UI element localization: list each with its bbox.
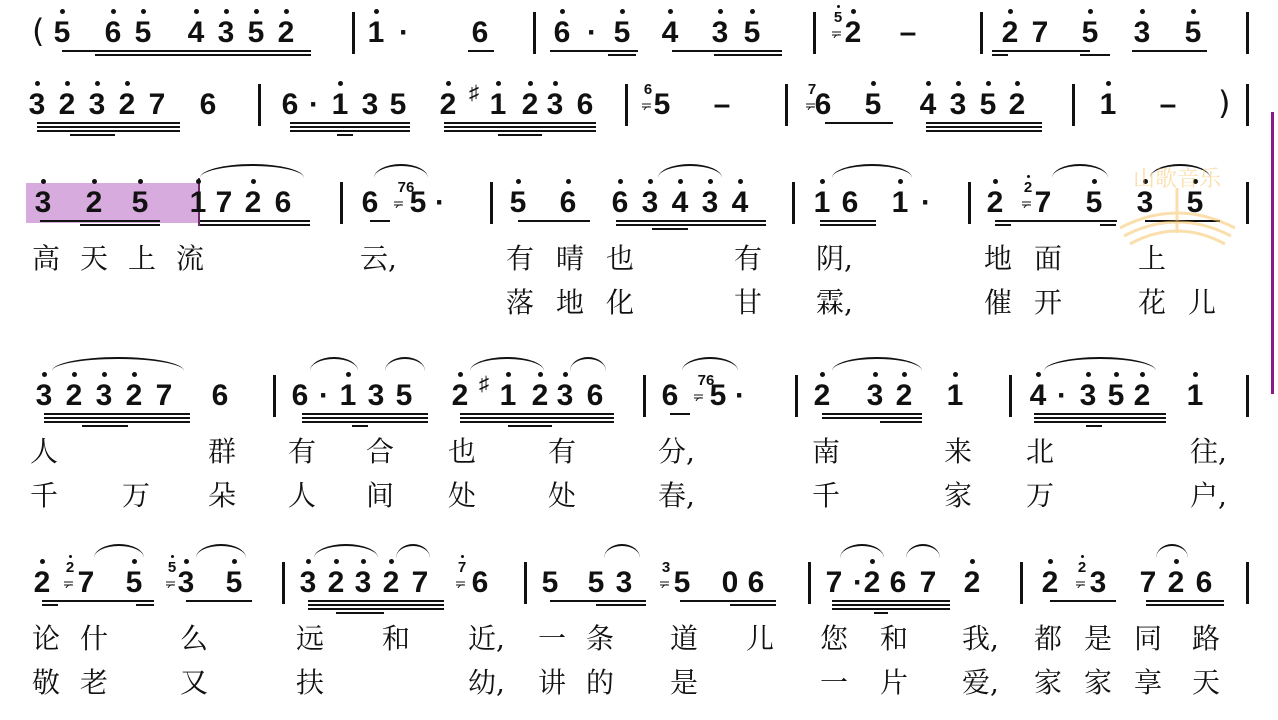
lyric-verse-2: 千 xyxy=(30,481,58,511)
beam-underline xyxy=(290,130,410,132)
octave-dot xyxy=(196,179,201,184)
bar-line xyxy=(808,562,811,604)
note: 4 xyxy=(1026,381,1050,411)
octave-dot xyxy=(232,559,237,564)
note: 1 xyxy=(328,90,352,120)
octave-dot xyxy=(871,81,876,86)
lyric-verse-2: 的 xyxy=(586,668,614,698)
grace-tie-icon xyxy=(1075,576,1085,584)
beam-underline xyxy=(44,421,190,423)
note: 5 xyxy=(244,18,268,48)
beam-underline xyxy=(290,126,410,128)
lyric-verse-1: 都 xyxy=(1034,624,1062,654)
lyric-verse-2: 扶 xyxy=(296,668,324,698)
lyric-verse-2: 是 xyxy=(670,668,698,698)
beam-underline xyxy=(370,220,390,222)
octave-dot xyxy=(566,179,571,184)
watermark-logo-icon: 山歌音乐 xyxy=(1110,158,1245,246)
svg-text:山歌音乐: 山歌音乐 xyxy=(1133,167,1222,192)
octave-dot xyxy=(40,559,45,564)
note: 6 xyxy=(468,18,492,48)
sustain-dash: – xyxy=(710,90,734,120)
octave-dot xyxy=(141,9,146,14)
note: 1 xyxy=(1183,381,1207,411)
octave-dot xyxy=(361,559,366,564)
beam-underline xyxy=(820,220,876,222)
bar-line xyxy=(1246,84,1249,126)
note: 1 xyxy=(810,188,834,218)
note: 7 xyxy=(74,568,98,598)
beam-underline xyxy=(518,220,590,222)
beam-underline xyxy=(468,50,494,52)
octave-dot xyxy=(1048,559,1053,564)
bar-line xyxy=(643,375,646,417)
note: 3 xyxy=(351,568,375,598)
bar-line xyxy=(282,562,285,604)
sharp-sign: ♯ xyxy=(477,377,491,392)
lyric-verse-1: 上 xyxy=(1138,244,1166,274)
beam-underline xyxy=(550,50,638,52)
augmentation-dot: · xyxy=(914,188,938,218)
lyric-verse-1: 您 xyxy=(820,624,848,654)
slur-arc xyxy=(196,544,246,558)
beam-underline xyxy=(444,130,596,132)
lyric-verse-2: 化 xyxy=(606,288,634,318)
bar-line xyxy=(625,84,628,126)
octave-dot xyxy=(560,9,565,14)
beam-underline xyxy=(1146,604,1224,606)
beam-underline xyxy=(596,604,646,606)
octave-dot xyxy=(374,9,379,14)
octave-dot xyxy=(251,179,256,184)
note: 3 xyxy=(92,381,116,411)
note: 6 xyxy=(208,381,232,411)
beam-underline xyxy=(337,134,353,136)
note: 7 xyxy=(1028,18,1052,48)
lyric-verse-1: 来 xyxy=(944,437,972,467)
beam-underline xyxy=(832,604,950,606)
beam-underline xyxy=(508,425,552,427)
beam-underline xyxy=(308,604,444,606)
octave-dot xyxy=(138,179,143,184)
note: 5 xyxy=(976,90,1000,120)
note: 5 xyxy=(584,568,608,598)
lyric-verse-2: 老 xyxy=(80,668,108,698)
octave-dot xyxy=(1193,372,1198,377)
beam-underline xyxy=(926,126,1042,128)
note: 1 xyxy=(496,381,520,411)
note: 3 xyxy=(296,568,320,598)
lyric-verse-2: 儿 xyxy=(1188,288,1216,318)
lyric-verse-1: 和 xyxy=(382,624,410,654)
octave-dot xyxy=(346,372,351,377)
lyric-verse-1: 往, xyxy=(1190,437,1227,467)
note: 3 xyxy=(32,381,56,411)
note: 3 xyxy=(364,381,388,411)
note: 3 xyxy=(946,90,970,120)
lyric-verse-1: 条 xyxy=(586,624,614,654)
beam-underline xyxy=(37,130,180,132)
slur-arc xyxy=(374,164,428,178)
lyric-verse-2: 花 xyxy=(1138,288,1166,318)
octave-dot xyxy=(538,372,543,377)
bar-line xyxy=(352,12,355,54)
octave-dot xyxy=(42,372,47,377)
note: 5 xyxy=(128,188,152,218)
lyric-verse-1: 北 xyxy=(1026,437,1054,467)
grace-tie-icon xyxy=(1021,196,1031,204)
note: 4 xyxy=(658,18,682,48)
augmentation-dot: · xyxy=(392,18,416,48)
beam-underline xyxy=(308,600,444,602)
lyric-verse-1: 路 xyxy=(1192,624,1220,654)
octave-dot xyxy=(1088,9,1093,14)
beam-underline xyxy=(444,122,596,124)
note: 2 xyxy=(379,568,403,598)
lyric-verse-1: 儿 xyxy=(746,624,774,654)
note: 6 xyxy=(550,18,574,48)
note: 4 xyxy=(916,90,940,120)
note: 7 xyxy=(822,568,846,598)
octave-dot xyxy=(870,559,875,564)
note: 4 xyxy=(184,18,208,48)
octave-dot xyxy=(506,372,511,377)
note: 7 xyxy=(145,90,169,120)
octave-dot xyxy=(125,81,130,86)
lyric-verse-2: 家 xyxy=(1034,668,1062,698)
beam-underline xyxy=(1080,54,1110,56)
open-paren: ( xyxy=(32,16,44,46)
note: 2 xyxy=(436,90,460,120)
octave-dot xyxy=(1140,372,1145,377)
octave-dot xyxy=(873,372,878,377)
beam-underline xyxy=(444,126,596,128)
augmentation-dot: · xyxy=(1050,381,1074,411)
octave-dot xyxy=(678,179,683,184)
octave-dot xyxy=(338,81,343,86)
augmentation-dot: · xyxy=(428,188,452,218)
slur-arc xyxy=(832,357,922,371)
octave-dot xyxy=(956,81,961,86)
octave-dot xyxy=(837,5,840,8)
octave-dot xyxy=(389,559,394,564)
slur-arc xyxy=(94,544,144,558)
grace-tie-icon xyxy=(455,576,465,584)
slur-arc xyxy=(1156,544,1188,558)
slur-arc xyxy=(570,357,606,371)
grace-note: 2 xyxy=(63,560,77,575)
note: 2 xyxy=(810,381,834,411)
lyric-verse-1: 有 xyxy=(734,244,762,274)
note: 2 xyxy=(324,568,348,598)
beam-underline xyxy=(995,224,1011,226)
octave-dot xyxy=(738,179,743,184)
octave-dot xyxy=(60,9,65,14)
bar-line xyxy=(1246,12,1249,54)
octave-dot xyxy=(1114,372,1119,377)
beam-underline xyxy=(42,600,154,602)
octave-dot xyxy=(1008,9,1013,14)
lyric-verse-1: 论 xyxy=(32,624,60,654)
beam-underline xyxy=(352,425,368,427)
lyric-verse-2: 讲 xyxy=(538,668,566,698)
note: 6 xyxy=(658,381,682,411)
octave-dot xyxy=(820,179,825,184)
note: 5 xyxy=(610,18,634,48)
beam-underline xyxy=(874,612,888,614)
octave-dot xyxy=(446,81,451,86)
octave-dot xyxy=(902,372,907,377)
octave-dot xyxy=(69,555,72,558)
slur-arc xyxy=(906,544,940,558)
bar-line xyxy=(340,182,343,224)
note: 6 xyxy=(573,90,597,120)
beam-underline xyxy=(825,122,893,124)
beam-underline xyxy=(460,417,614,419)
octave-dot xyxy=(898,179,903,184)
note: 2 xyxy=(115,90,139,120)
beam-underline xyxy=(302,421,428,423)
octave-dot xyxy=(563,372,568,377)
lyric-verse-2: 爱, xyxy=(962,668,999,698)
octave-dot xyxy=(496,81,501,86)
lyric-verse-1: 么 xyxy=(180,624,208,654)
note: 5 xyxy=(50,18,74,48)
lyric-verse-1: 近, xyxy=(468,624,505,654)
bar-line xyxy=(1246,562,1249,604)
bar-line xyxy=(792,182,795,224)
slur-arc xyxy=(1044,357,1156,371)
octave-dot xyxy=(171,555,174,558)
note: 3 xyxy=(553,381,577,411)
note: 2 xyxy=(274,18,298,48)
grace-note: 7 xyxy=(805,82,819,97)
octave-dot xyxy=(41,179,46,184)
grace-note: 76 xyxy=(693,373,719,388)
slur-arc xyxy=(200,164,304,178)
lyric-verse-2: 一 xyxy=(820,668,848,698)
beam-underline xyxy=(37,126,180,128)
note: 1 xyxy=(888,188,912,218)
beam-underline xyxy=(1086,425,1102,427)
note: 2 xyxy=(892,381,916,411)
octave-dot xyxy=(1027,175,1030,178)
note: 7 xyxy=(408,568,432,598)
octave-dot xyxy=(35,81,40,86)
augmentation-dot: · xyxy=(302,90,326,120)
note: 2 xyxy=(448,381,472,411)
octave-dot xyxy=(102,372,107,377)
note: 5 xyxy=(1104,381,1128,411)
note: 6 xyxy=(196,90,220,120)
note: 3 xyxy=(85,90,109,120)
note: 2 xyxy=(998,18,1022,48)
beam-underline xyxy=(670,413,690,415)
beam-underline xyxy=(1132,50,1207,52)
note: 6 xyxy=(744,568,768,598)
beam-underline xyxy=(200,220,310,222)
beam-underline xyxy=(62,50,170,52)
lyric-verse-1: 分, xyxy=(658,437,695,467)
beam-underline xyxy=(460,413,614,415)
note: 7 xyxy=(1136,568,1160,598)
grace-tie-icon xyxy=(831,26,841,34)
beam-underline xyxy=(37,122,180,124)
beam-underline xyxy=(880,421,922,423)
note: 2 xyxy=(62,381,86,411)
beam-underline xyxy=(290,122,410,124)
note: 1 xyxy=(364,18,388,48)
beam-underline xyxy=(70,134,115,136)
beam-underline xyxy=(308,608,444,610)
bar-line xyxy=(813,12,816,54)
beam-underline xyxy=(616,224,766,226)
slur-arc xyxy=(314,544,378,558)
beam-underline xyxy=(302,417,428,419)
slur-arc xyxy=(52,357,184,371)
grace-tie-icon xyxy=(165,576,175,584)
lyric-verse-1: 是 xyxy=(1084,624,1112,654)
octave-dot xyxy=(95,81,100,86)
lyric-verse-2: 地 xyxy=(556,288,584,318)
octave-dot xyxy=(458,372,463,377)
note: 6 xyxy=(838,188,862,218)
lyric-verse-1: 也 xyxy=(606,244,634,274)
lyric-verse-1: 人 xyxy=(30,437,58,467)
note: 7 xyxy=(152,381,176,411)
note: 3 xyxy=(863,381,887,411)
bar-line xyxy=(785,84,788,126)
note: 3 xyxy=(25,90,49,120)
note: 2 xyxy=(1005,90,1029,120)
note: 2 xyxy=(55,90,79,120)
beam-underline xyxy=(136,604,154,606)
beam-underline xyxy=(200,224,310,226)
augmentation-dot: · xyxy=(312,381,336,411)
lyric-verse-1: 天 xyxy=(80,244,108,274)
grace-tie-icon xyxy=(693,389,703,397)
beam-underline xyxy=(95,54,170,56)
bar-line xyxy=(980,12,983,54)
lyric-verse-2: 幼, xyxy=(468,668,505,698)
beam-underline xyxy=(992,50,1090,52)
beam-underline xyxy=(460,421,614,423)
note: 5 xyxy=(506,188,530,218)
grace-tie-icon xyxy=(641,98,651,106)
octave-dot xyxy=(184,559,189,564)
lyric-verse-1: 云, xyxy=(360,244,397,274)
lyric-verse-1: 阴, xyxy=(816,244,853,274)
beam-underline xyxy=(498,134,542,136)
octave-dot xyxy=(1081,555,1084,558)
note: 3 xyxy=(214,18,238,48)
slur-arc xyxy=(385,357,425,371)
grace-tie-icon xyxy=(393,196,403,204)
note: 5 xyxy=(386,90,410,120)
scroll-indicator[interactable] xyxy=(1271,112,1274,394)
octave-dot xyxy=(92,179,97,184)
grace-note: 6 xyxy=(641,82,655,97)
note: 1 xyxy=(336,381,360,411)
lyric-verse-2: 万 xyxy=(122,481,150,511)
grace-tie-icon xyxy=(805,98,815,106)
note: 3 xyxy=(543,90,567,120)
note: 5 xyxy=(392,381,416,411)
octave-dot xyxy=(1036,372,1041,377)
lyric-verse-2: 朵 xyxy=(208,481,236,511)
lyric-verse-2: 霖, xyxy=(816,288,853,318)
slur-arc xyxy=(310,357,358,371)
octave-dot xyxy=(750,9,755,14)
octave-dot xyxy=(1106,81,1111,86)
note: 5 xyxy=(538,568,562,598)
slur-arc xyxy=(658,164,722,178)
note: 5 xyxy=(670,568,694,598)
lyric-verse-1: 道 xyxy=(670,624,698,654)
bar-line xyxy=(1072,84,1075,126)
octave-dot xyxy=(986,81,991,86)
beam-underline xyxy=(550,600,646,602)
slur-arc xyxy=(396,544,430,558)
lyric-verse-2: 享 xyxy=(1134,668,1162,698)
octave-dot xyxy=(820,372,825,377)
note: 2 xyxy=(960,568,984,598)
note: 3 xyxy=(1076,381,1100,411)
octave-dot xyxy=(708,179,713,184)
beam-underline xyxy=(302,413,428,415)
note: 5 xyxy=(1078,18,1102,48)
slur-arc xyxy=(470,357,544,371)
octave-dot xyxy=(194,9,199,14)
note: 2 xyxy=(122,381,146,411)
grace-note: 2 xyxy=(1021,180,1035,195)
beam-underline xyxy=(40,220,160,222)
bar-line xyxy=(273,375,276,417)
note: 2 xyxy=(82,188,106,218)
lyric-verse-1: 和 xyxy=(880,624,908,654)
note: 2 xyxy=(1164,568,1188,598)
lyric-verse-1: 什 xyxy=(80,624,108,654)
beam-underline xyxy=(680,600,776,602)
beam-underline xyxy=(926,130,1042,132)
lyric-verse-2: 天 xyxy=(1192,668,1220,698)
bar-line xyxy=(524,562,527,604)
octave-dot xyxy=(1015,81,1020,86)
lyric-verse-2: 处 xyxy=(448,481,476,511)
note: 6 xyxy=(358,188,382,218)
lyric-verse-1: 高 xyxy=(32,244,60,274)
lyric-verse-1: 上 xyxy=(128,244,156,274)
lyric-verse-1: 远 xyxy=(296,624,324,654)
slur-arc xyxy=(682,357,738,371)
octave-dot xyxy=(284,9,289,14)
bar-line xyxy=(968,182,971,224)
note: 6 xyxy=(886,568,910,598)
note: 4 xyxy=(668,188,692,218)
lyric-verse-1: 同 xyxy=(1134,624,1162,654)
lyric-verse-2: 人 xyxy=(288,481,316,511)
lyric-verse-1: 地 xyxy=(984,244,1012,274)
slur-arc xyxy=(832,164,912,178)
octave-dot xyxy=(461,555,464,558)
beam-underline xyxy=(822,413,922,415)
lyric-verse-2: 千 xyxy=(812,481,840,511)
beam-underline xyxy=(1034,413,1166,415)
octave-dot xyxy=(1174,559,1179,564)
note: 7 xyxy=(916,568,940,598)
slur-arc xyxy=(840,544,884,558)
lyric-verse-1: 一 xyxy=(538,624,566,654)
